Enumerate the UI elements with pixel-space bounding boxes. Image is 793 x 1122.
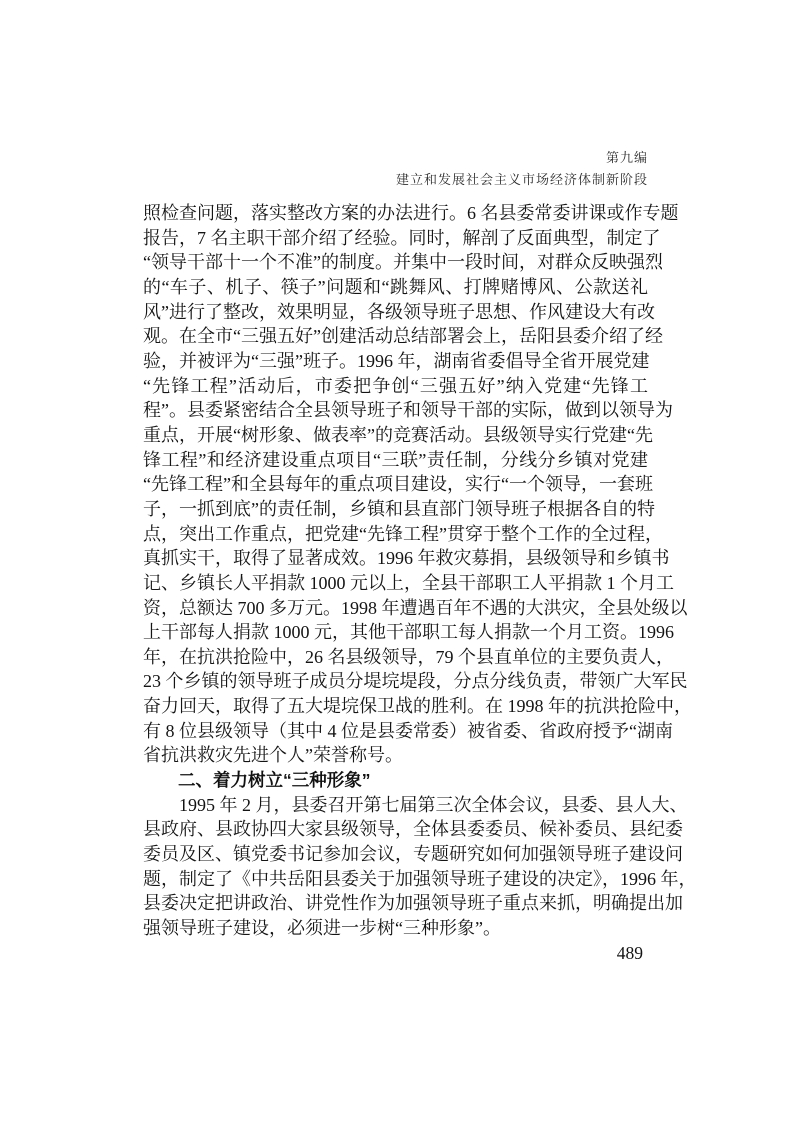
text-line: 1995 年 2 月，县委召开第七届第三次全体会议，县委、县人大、 xyxy=(143,793,648,818)
text-line: 年，在抗洪抢险中，26 名县级领导，79 个县直单位的主要负责人， xyxy=(143,645,648,670)
text-line: 真抓实干，取得了显著成效。1996 年救灾募捐，县级领导和乡镇书 xyxy=(143,546,648,571)
page-number: 489 xyxy=(617,943,643,963)
text-line: 观。在全市“三强五好”创建活动总结部署会上，岳阳县委介绍了经 xyxy=(143,324,648,349)
text-line: 报告，7 名主职干部介绍了经验。同时，解剖了反面典型，制定了 xyxy=(143,226,648,251)
body-text: 照检查问题，落实整改方案的办法进行。6 名县委常委讲课或作专题 报告，7 名主职… xyxy=(143,201,648,941)
header-chapter: 建立和发展社会主义市场经济体制新阶段 xyxy=(396,169,648,191)
paragraph: 1995 年 2 月，县委召开第七届第三次全体会议，县委、县人大、 县政府、县政… xyxy=(143,793,648,941)
text-line: 有 8 位县级领导（其中 4 位是县委常委）被省委、省政府授予“湖南 xyxy=(143,719,648,744)
text-line: 重点，开展“树形象、做表率”的竞赛活动。县级领导实行党建“先 xyxy=(143,423,648,448)
text-line: 上干部每人捐款 1000 元，其他干部职工每人捐款一个月工资。1996 xyxy=(143,620,648,645)
text-line: “先锋工程”活动后，市委把争创“三强五好”纳入党建“先锋工 xyxy=(143,374,648,399)
book-page: 第九编 建立和发展社会主义市场经济体制新阶段 照检查问题，落实整改方案的办法进行… xyxy=(0,0,793,1122)
text-line: 省抗洪救灾先进个人”荣誉称号。 xyxy=(143,743,648,768)
text-line: 子，一抓到底”的责任制，乡镇和县直部门领导班子根据各自的特 xyxy=(143,497,648,522)
text-line: 题，制定了《中共岳阳县委关于加强领导班子建设的决定》，1996 年， xyxy=(143,867,648,892)
text-line: 记、乡镇长人平捐款 1000 元以上，全县干部职工人平捐款 1 个月工 xyxy=(143,571,648,596)
text-line: “先锋工程”和全县每年的重点项目建设，实行“一个领导，一套班 xyxy=(143,472,648,497)
text-line: 程”。县委紧密结合全县领导班子和领导干部的实际，做到以领导为 xyxy=(143,398,648,423)
text-line: 资，总额达 700 多万元。1998 年遭遇百年不遇的大洪灾，全县处级以 xyxy=(143,596,648,621)
header-volume: 第九编 xyxy=(396,147,648,169)
section-heading: 二、着力树立“三种形象” xyxy=(143,768,648,793)
text-line: 风”进行了整改，效果明显，各级领导班子思想、作风建设大有改 xyxy=(143,300,648,325)
running-header: 第九编 建立和发展社会主义市场经济体制新阶段 xyxy=(396,147,648,191)
text-line: 照检查问题，落实整改方案的办法进行。6 名县委常委讲课或作专题 xyxy=(143,201,648,226)
text-line: 委员及区、镇党委书记参加会议，专题研究如何加强领导班子建设问 xyxy=(143,842,648,867)
text-line: 锋工程”和经济建设重点项目“三联”责任制，分线分乡镇对党建 xyxy=(143,448,648,473)
paragraph: 照检查问题，落实整改方案的办法进行。6 名县委常委讲课或作专题 报告，7 名主职… xyxy=(143,201,648,768)
text-line: 县政府、县政协四大家县级领导，全体县委委员、候补委员、县纪委 xyxy=(143,817,648,842)
text-line: 的“车子、机子、筷子”问题和“跳舞风、打牌赌博风、公款送礼 xyxy=(143,275,648,300)
text-line: 23 个乡镇的领导班子成员分堤垸堤段，分点分线负责，带领广大军民 xyxy=(143,669,648,694)
text-line: 强领导班子建设，必须进一步树“三种形象”。 xyxy=(143,916,648,941)
text-line: 验，并被评为“三强”班子。1996 年，湖南省委倡导全省开展党建 xyxy=(143,349,648,374)
text-line: 点，突出工作重点，把党建“先锋工程”贯穿于整个工作的全过程， xyxy=(143,522,648,547)
text-line: 县委决定把讲政治、讲党性作为加强领导班子重点来抓，明确提出加 xyxy=(143,891,648,916)
text-line: 奋力回天，取得了五大堤垸保卫战的胜利。在 1998 年的抗洪抢险中， xyxy=(143,694,648,719)
text-line: “领导干部十一个不准”的制度。并集中一段时间，对群众反映强烈 xyxy=(143,250,648,275)
